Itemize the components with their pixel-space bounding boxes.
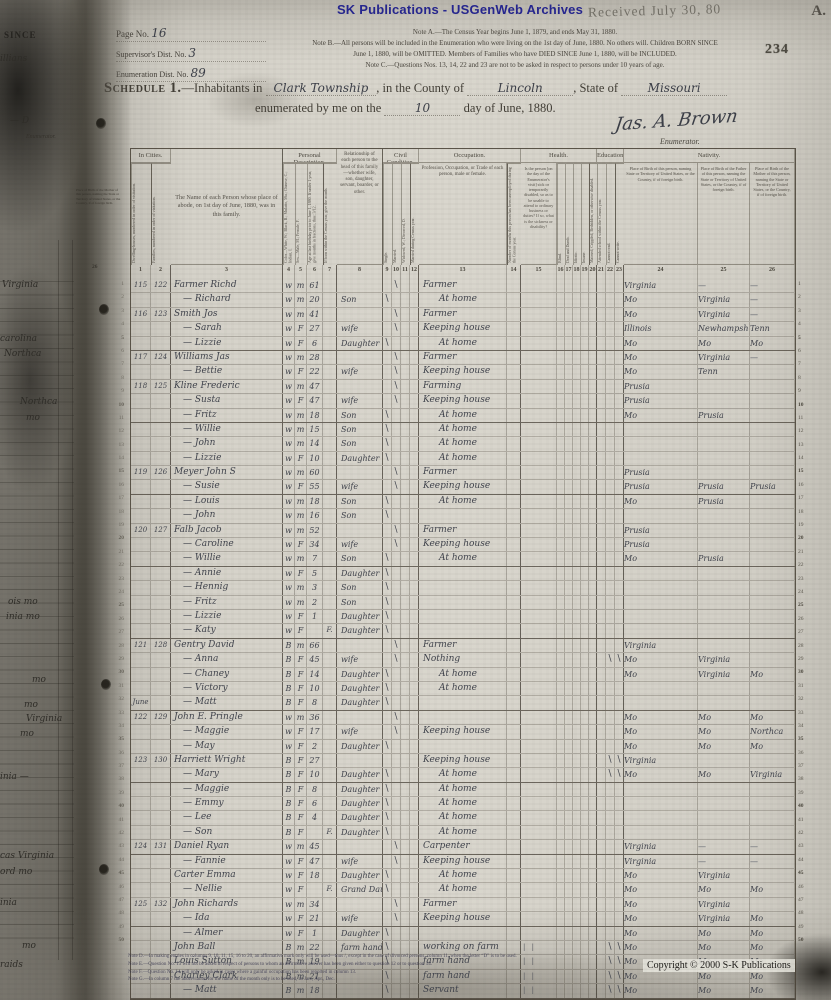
name-cell: — Nellie (171, 883, 283, 896)
cell (573, 538, 581, 551)
cell (750, 380, 795, 393)
cell: Mo (750, 711, 795, 724)
cell (589, 495, 597, 508)
table-row: — AnniewF5Daughter\ (131, 567, 795, 581)
cell: F. (323, 624, 337, 637)
cell: Mo (750, 927, 795, 940)
table-row: — MattBm18\Servant| |\\MoMoMo (131, 984, 795, 998)
cell (589, 898, 597, 911)
cell (565, 639, 573, 652)
relationship-cell (337, 840, 383, 853)
line-number: 42 (112, 827, 126, 840)
cell (401, 365, 410, 378)
relationship-cell (337, 466, 383, 479)
cell (521, 466, 557, 479)
line-number: 16 (112, 479, 126, 492)
cell (151, 696, 171, 709)
cell (573, 984, 581, 997)
occupation-cell: Keeping house (419, 855, 507, 868)
occupation-cell: Keeping house (419, 480, 507, 493)
line-number: 36 (112, 747, 126, 760)
cell (392, 668, 401, 681)
cell (151, 912, 171, 925)
name-cell: — Victory (171, 682, 283, 695)
cell (597, 696, 606, 709)
cell (565, 840, 573, 853)
cell (507, 696, 521, 709)
name-cell: — Fannie (171, 855, 283, 868)
cell (581, 380, 589, 393)
cell (573, 898, 581, 911)
line-number: 5 (796, 332, 810, 345)
cell (521, 538, 557, 551)
cell (750, 524, 795, 537)
line-number: 43 (796, 840, 810, 853)
cell (573, 725, 581, 738)
cell (410, 984, 419, 997)
column-number: 20 (589, 265, 597, 279)
cell: F (295, 480, 307, 493)
cell: Prusia (698, 409, 750, 422)
cell (521, 768, 557, 781)
cell (750, 466, 795, 479)
cell (615, 480, 624, 493)
relationship-cell: wife (337, 725, 383, 738)
cell: w (283, 869, 295, 882)
cell (606, 596, 615, 609)
cell (131, 984, 151, 997)
name-cell: — Chaney (171, 668, 283, 681)
relationship-cell: wife (337, 480, 383, 493)
table-row: 123130Harriett WrightBF27Keeping house\\… (131, 754, 795, 768)
cell: \ (383, 783, 392, 796)
cell (410, 480, 419, 493)
cell (401, 538, 410, 551)
line-number: 17 (796, 492, 810, 505)
cell: 27 (307, 754, 323, 767)
cell (606, 480, 615, 493)
cell: Mo (698, 941, 750, 954)
cell (557, 740, 565, 753)
cell (131, 811, 151, 824)
name-cell: — Ida (171, 912, 283, 925)
cell: \ (392, 653, 401, 666)
line-number: 10 (112, 399, 126, 412)
column-header: Number of months this person has been un… (507, 163, 521, 265)
cell (521, 423, 557, 436)
cell (401, 783, 410, 796)
table-row: 124131Daniel Ryanwm45\CarpenterVirginia—… (131, 840, 795, 854)
cell: F (295, 538, 307, 551)
relationship-cell: Son (337, 581, 383, 594)
cell (557, 898, 565, 911)
line-number: 43 (112, 840, 126, 853)
cell (615, 495, 624, 508)
cell (521, 552, 557, 565)
cell (565, 610, 573, 623)
occupation-cell: Keeping house (419, 538, 507, 551)
cell (151, 581, 171, 594)
occupation-cell: Keeping house (419, 394, 507, 407)
cell: m (295, 437, 307, 450)
cell (597, 711, 606, 724)
cell (323, 552, 337, 565)
cell (573, 322, 581, 335)
cell (615, 308, 624, 321)
cell (581, 811, 589, 824)
cell (131, 610, 151, 623)
cell: 8 (307, 783, 323, 796)
cell (151, 768, 171, 781)
cell (606, 725, 615, 738)
cell (401, 984, 410, 997)
occupation-cell: At home (419, 768, 507, 781)
relationship-cell (337, 279, 383, 292)
cell (581, 639, 589, 652)
cell: \ (392, 365, 401, 378)
cell (606, 524, 615, 537)
line-number: 7 (112, 358, 126, 371)
cell (581, 668, 589, 681)
column-header: Sex—Male, M.; Female, F. (295, 163, 307, 265)
cell (507, 610, 521, 623)
cell (383, 840, 392, 853)
cell (131, 552, 151, 565)
cell (521, 279, 557, 292)
cell (597, 538, 606, 551)
cell: w (283, 855, 295, 868)
cell: Virginia (698, 668, 750, 681)
cell (597, 380, 606, 393)
cell (521, 883, 557, 896)
cell (557, 279, 565, 292)
cell (151, 452, 171, 465)
line-number: 38 (112, 773, 126, 786)
line-number: 27 (796, 626, 810, 639)
cell (323, 912, 337, 925)
cell (323, 466, 337, 479)
cell (597, 682, 606, 695)
line-number: 33 (796, 707, 810, 720)
column-header: Color—White, W.; Black, B.; Mulatto, Mu.… (283, 163, 295, 265)
adjacent-page-column-line (58, 240, 59, 960)
cell (392, 696, 401, 709)
cell: Northca (750, 725, 795, 738)
left-page-fragment: Virginia (2, 280, 38, 290)
column-number: 25 (698, 265, 750, 279)
column-header: Age at last birthday prior to June 1, 18… (307, 163, 323, 265)
table-row: — Johnwm16Son\ (131, 509, 795, 523)
cell: Mo (750, 984, 795, 997)
cell (507, 711, 521, 724)
cell: \ (383, 581, 392, 594)
table-row: — LizziewF1Daughter\ (131, 610, 795, 624)
cell: F. (323, 883, 337, 896)
relationship-cell: wife (337, 538, 383, 551)
cell: w (283, 840, 295, 853)
cell: B (283, 811, 295, 824)
cell (401, 696, 410, 709)
line-number: 37 (796, 760, 810, 773)
cell (565, 308, 573, 321)
cell (307, 826, 323, 839)
cell (131, 725, 151, 738)
cell (698, 639, 750, 652)
cell (698, 509, 750, 522)
cell (131, 423, 151, 436)
group-header: Nativity. (624, 149, 795, 163)
cell (581, 509, 589, 522)
cell: 123 (131, 754, 151, 767)
cell (597, 337, 606, 350)
cell (597, 495, 606, 508)
relationship-cell: wife (337, 855, 383, 868)
relationship-cell: Daughter (337, 682, 383, 695)
column-number: 22 (606, 265, 615, 279)
cell (581, 826, 589, 839)
name-cell: John E. Pringle (171, 711, 283, 724)
cell: Virginia (698, 293, 750, 306)
corner-letter: A. (811, 3, 826, 20)
cell: Tenn (750, 322, 795, 335)
cell: w (283, 293, 295, 306)
occupation-cell (419, 740, 507, 753)
name-cell: — Lee (171, 811, 283, 824)
cell (750, 567, 795, 580)
cell: \ (392, 466, 401, 479)
table-row: — BettiewF22wife\Keeping houseMoTenn (131, 365, 795, 379)
cell: \ (383, 682, 392, 695)
cell (565, 495, 573, 508)
cell: 45 (307, 840, 323, 853)
line-number: 20 (796, 532, 810, 545)
cell (606, 740, 615, 753)
occupation-cell (419, 610, 507, 623)
cell (615, 624, 624, 637)
cell (597, 466, 606, 479)
cell (606, 509, 615, 522)
cell: w (283, 409, 295, 422)
table-row: — NelliewFF.Grand Dau\At homeMoMoMo (131, 883, 795, 897)
supervisor-district-label: Supervisor's Dist. No. (116, 50, 186, 59)
name-cell: Harriett Wright (171, 754, 283, 767)
cell (597, 826, 606, 839)
column-number: 7 (323, 265, 337, 279)
cell (589, 696, 597, 709)
cell: m (295, 898, 307, 911)
cell (589, 883, 597, 896)
cell: 116 (131, 308, 151, 321)
table-row: — MaryBF10Daughter\At home\\MoMoVirginia (131, 768, 795, 782)
cell (401, 797, 410, 810)
left-page-fragment: cas Virginia (0, 851, 54, 861)
cell (507, 725, 521, 738)
cell (615, 279, 624, 292)
cell: — (750, 308, 795, 321)
line-number: 39 (112, 787, 126, 800)
cell (581, 840, 589, 853)
cell (323, 639, 337, 652)
cell (557, 437, 565, 450)
cell (323, 725, 337, 738)
cell (557, 538, 565, 551)
cell (597, 581, 606, 594)
cell (383, 351, 392, 364)
line-number: 2 (112, 291, 126, 304)
cell (557, 596, 565, 609)
census-table-body: 115122Farmer Richdwm61\FarmerVirginia———… (131, 279, 795, 999)
cell (410, 524, 419, 537)
cell: Prusia (624, 538, 698, 551)
cell (507, 409, 521, 422)
relationship-cell: Daughter (337, 452, 383, 465)
name-cell: — John (171, 437, 283, 450)
cell (565, 380, 573, 393)
line-number: 38 (796, 773, 810, 786)
cell (401, 754, 410, 767)
cell (383, 538, 392, 551)
name-cell: — Fritz (171, 596, 283, 609)
cell (589, 581, 597, 594)
cell (698, 811, 750, 824)
cell (606, 322, 615, 335)
group-header: Personal Description. (283, 149, 337, 163)
cell (624, 452, 698, 465)
line-number: 50 (112, 934, 126, 947)
cell (750, 898, 795, 911)
line-number: 8 (112, 372, 126, 385)
cell (615, 409, 624, 422)
cell (507, 883, 521, 896)
cell (507, 351, 521, 364)
occupation-cell: At home (419, 783, 507, 796)
cell (606, 337, 615, 350)
line-number: 36 (796, 747, 810, 760)
cell (573, 480, 581, 493)
table-row: 120127Falb Jacobwm52\FarmerPrusia (131, 524, 795, 538)
cell (597, 811, 606, 824)
cell (323, 423, 337, 436)
cell: w (283, 725, 295, 738)
occupation-cell: Farmer (419, 639, 507, 652)
cell: Prusia (624, 380, 698, 393)
cell: Virginia (698, 653, 750, 666)
cell (581, 898, 589, 911)
cell (392, 337, 401, 350)
county-label: , in the County of (376, 81, 464, 95)
cell (507, 279, 521, 292)
cell: Virginia (750, 768, 795, 781)
left-page-fragment: mo (24, 700, 38, 710)
cell (589, 653, 597, 666)
column-header: If born within the Census year, give the… (323, 163, 337, 265)
cell (606, 898, 615, 911)
cell (597, 768, 606, 781)
cell (410, 682, 419, 695)
name-cell: Kline Frederic (171, 380, 283, 393)
cell (573, 452, 581, 465)
cell (383, 380, 392, 393)
cell (606, 409, 615, 422)
note-d: Note D.—In making entries in columns 9, … (128, 953, 698, 961)
cell: Mo (624, 768, 698, 781)
cell: \ (392, 538, 401, 551)
cell (589, 783, 597, 796)
cell (557, 337, 565, 350)
cell (410, 581, 419, 594)
cell (323, 682, 337, 695)
cell: Prusia (624, 480, 698, 493)
cell (750, 826, 795, 839)
cell: Mo (624, 912, 698, 925)
line-number: 31 (112, 680, 126, 693)
cell (410, 409, 419, 422)
cell (597, 624, 606, 637)
cell (557, 624, 565, 637)
cell: w (283, 337, 295, 350)
cell (573, 653, 581, 666)
cell: Virginia (698, 308, 750, 321)
cell (581, 653, 589, 666)
column-header: Families, numbered in order of visitatio… (151, 163, 171, 265)
table-row: 116123Smith Joswm41\FarmerMoVirginia— (131, 308, 795, 322)
cell (565, 898, 573, 911)
cell (557, 394, 565, 407)
line-number: 16 (796, 479, 810, 492)
cell: \ (383, 883, 392, 896)
cell (507, 452, 521, 465)
cell (565, 624, 573, 637)
cell: \ (392, 639, 401, 652)
cell (624, 696, 698, 709)
cell (557, 409, 565, 422)
cell (573, 423, 581, 436)
cell: B (283, 826, 295, 839)
cell: F (295, 452, 307, 465)
cell: w (283, 437, 295, 450)
cell: 18 (307, 495, 323, 508)
cell (383, 653, 392, 666)
column-number: 11 (401, 265, 410, 279)
name-cell: Farmer Richd (171, 279, 283, 292)
line-number: 46 (796, 881, 810, 894)
cell: m (295, 308, 307, 321)
cell (615, 740, 624, 753)
line-number: 49 (796, 921, 810, 934)
cell: — (750, 293, 795, 306)
cell (507, 308, 521, 321)
cell: 122 (151, 279, 171, 292)
cell: m (295, 380, 307, 393)
table-row: 118125Kline Fredericwm47\FarmingPrusia (131, 380, 795, 394)
cell (589, 826, 597, 839)
table-row: — AlmerwF1Daughter\MoMoMo (131, 927, 795, 941)
cell: \ (383, 696, 392, 709)
cell: 8 (307, 696, 323, 709)
cell: \ (383, 293, 392, 306)
cell (151, 596, 171, 609)
occupation-cell: Farmer (419, 308, 507, 321)
cell (410, 293, 419, 306)
occupation-cell: Servant (419, 984, 507, 997)
cell: w (283, 711, 295, 724)
schedule-title-line: Schedule 1.—Inhabitants in Clark Townshi… (104, 80, 814, 97)
name-cell: — Matt (171, 984, 283, 997)
cell (557, 840, 565, 853)
relationship-cell (337, 380, 383, 393)
cell (392, 754, 401, 767)
column-number: 19 (581, 265, 589, 279)
